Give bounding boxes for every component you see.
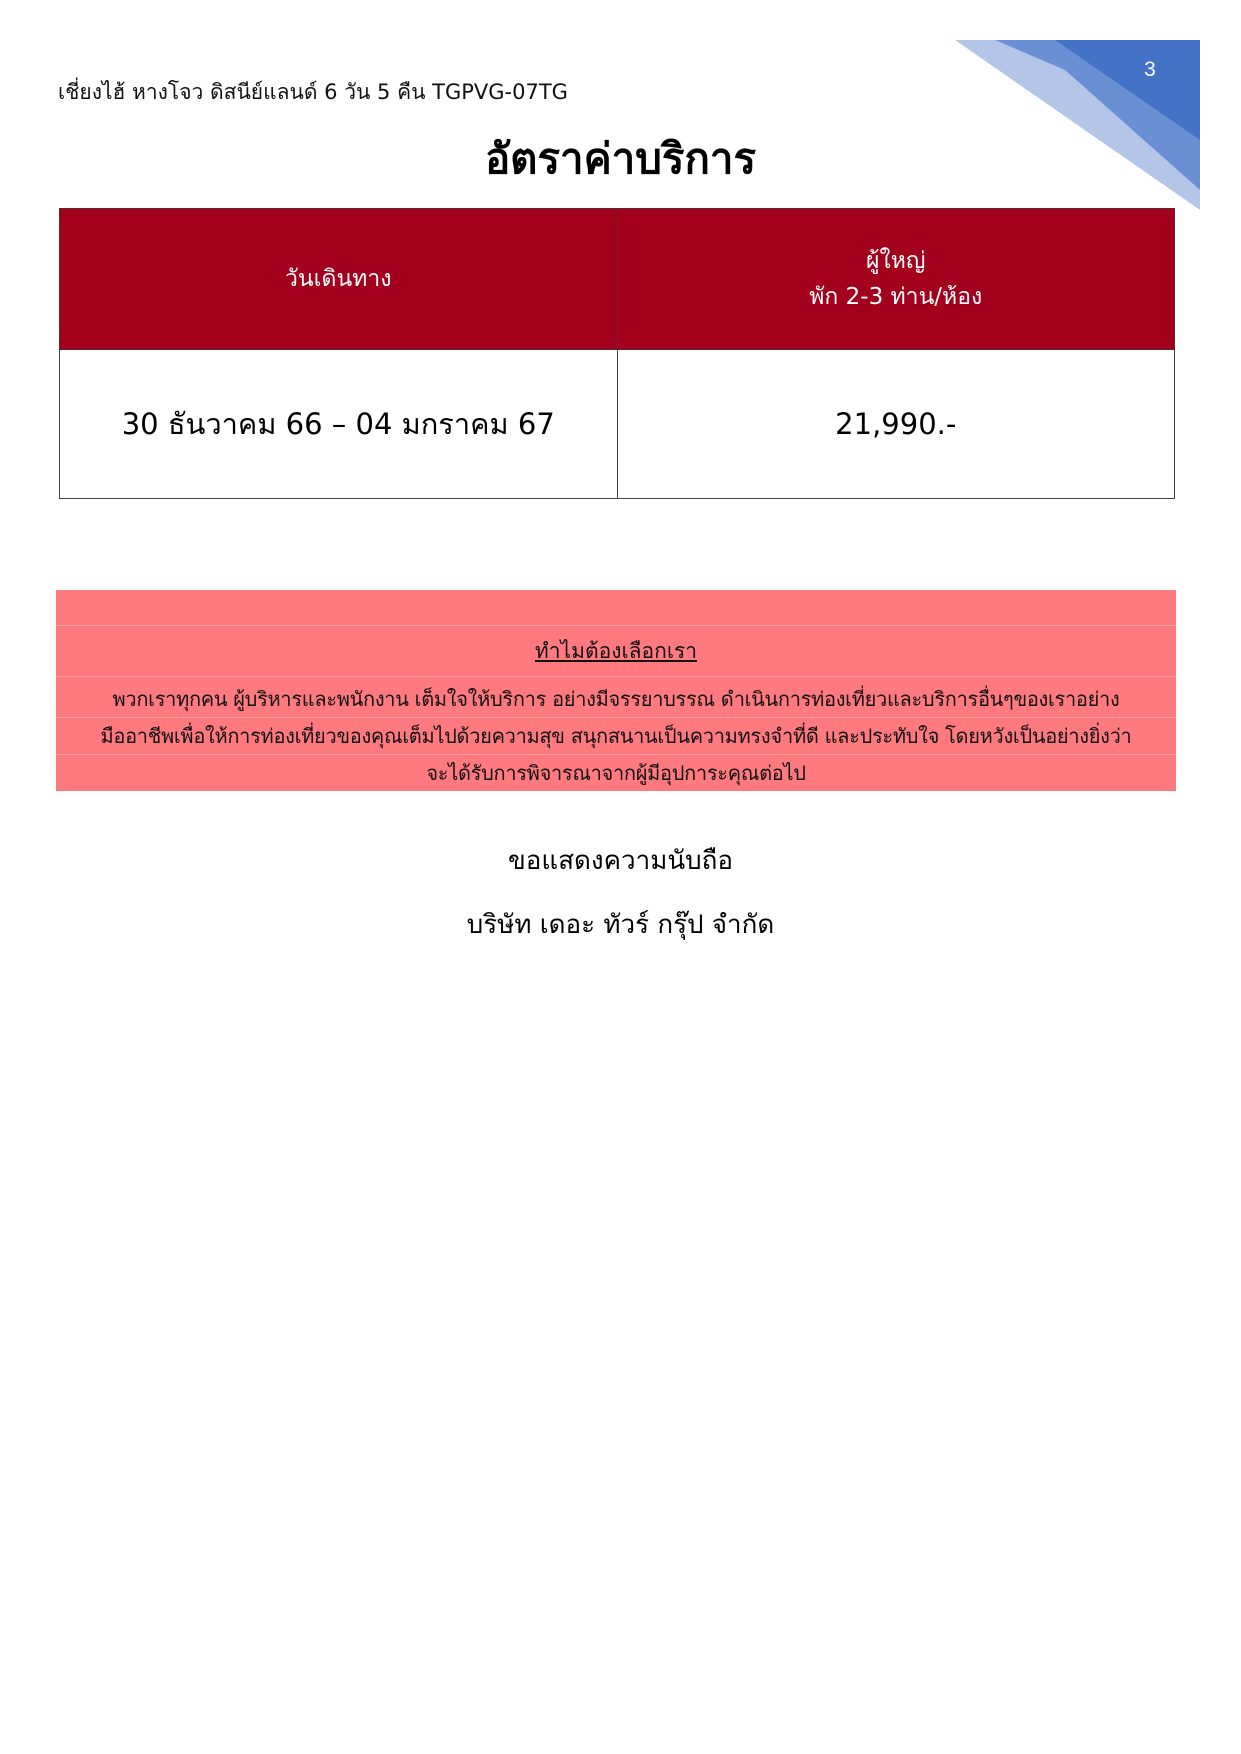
header-adult-label: ผู้ใหญ่: [618, 243, 1175, 279]
rate-table: วันเดินทาง ผู้ใหญ่ พัก 2-3 ท่าน/ห้อง 30 …: [59, 208, 1175, 499]
header-travel-dates: วันเดินทาง: [60, 209, 618, 350]
page-title: อัตราค่าบริการ: [0, 126, 1241, 192]
header-travel-dates-label: วันเดินทาง: [60, 261, 617, 297]
page-number: 3: [1130, 58, 1170, 82]
why-heading-row: ทำไมต้องเลือกเรา: [56, 626, 1176, 677]
company-name: บริษัท เดอะ ทัวร์ กรุ๊ป จำกัด: [0, 904, 1241, 945]
rate-table-header-row: วันเดินทาง ผู้ใหญ่ พัก 2-3 ท่าน/ห้อง: [60, 209, 1175, 350]
why-choose-us-section: ทำไมต้องเลือกเรา พวกเราทุกคน ผู้บริหารแล…: [56, 590, 1176, 791]
header-room-occupancy-label: พัก 2-3 ท่าน/ห้อง: [618, 279, 1175, 315]
closing-regards: ขอแสดงความนับถือ: [0, 840, 1241, 881]
why-spacer-row: [56, 590, 1176, 626]
why-text-line: พวกเราทุกคน ผู้บริหารและพนักงาน เต็มใจให…: [56, 677, 1176, 718]
why-heading: ทำไมต้องเลือกเรา: [535, 639, 697, 663]
why-text-line: มืออาชีพเพื่อให้การท่องเที่ยวของคุณเต็มไ…: [56, 718, 1176, 755]
travel-dates-cell: 30 ธันวาคม 66 – 04 มกราคม 67: [60, 350, 618, 499]
table-row: 30 ธันวาคม 66 – 04 มกราคม 67 21,990.-: [60, 350, 1175, 499]
adult-price-cell: 21,990.-: [617, 350, 1175, 499]
why-text-line: จะได้รับการพิจารณาจากผู้มีอุปการะคุณต่อไ…: [56, 755, 1176, 791]
header-adult-price: ผู้ใหญ่ พัก 2-3 ท่าน/ห้อง: [617, 209, 1175, 350]
document-header: เชี่ยงไฮ้ หางโจว ดิสนีย์แลนด์ 6 วัน 5 คื…: [58, 76, 568, 109]
